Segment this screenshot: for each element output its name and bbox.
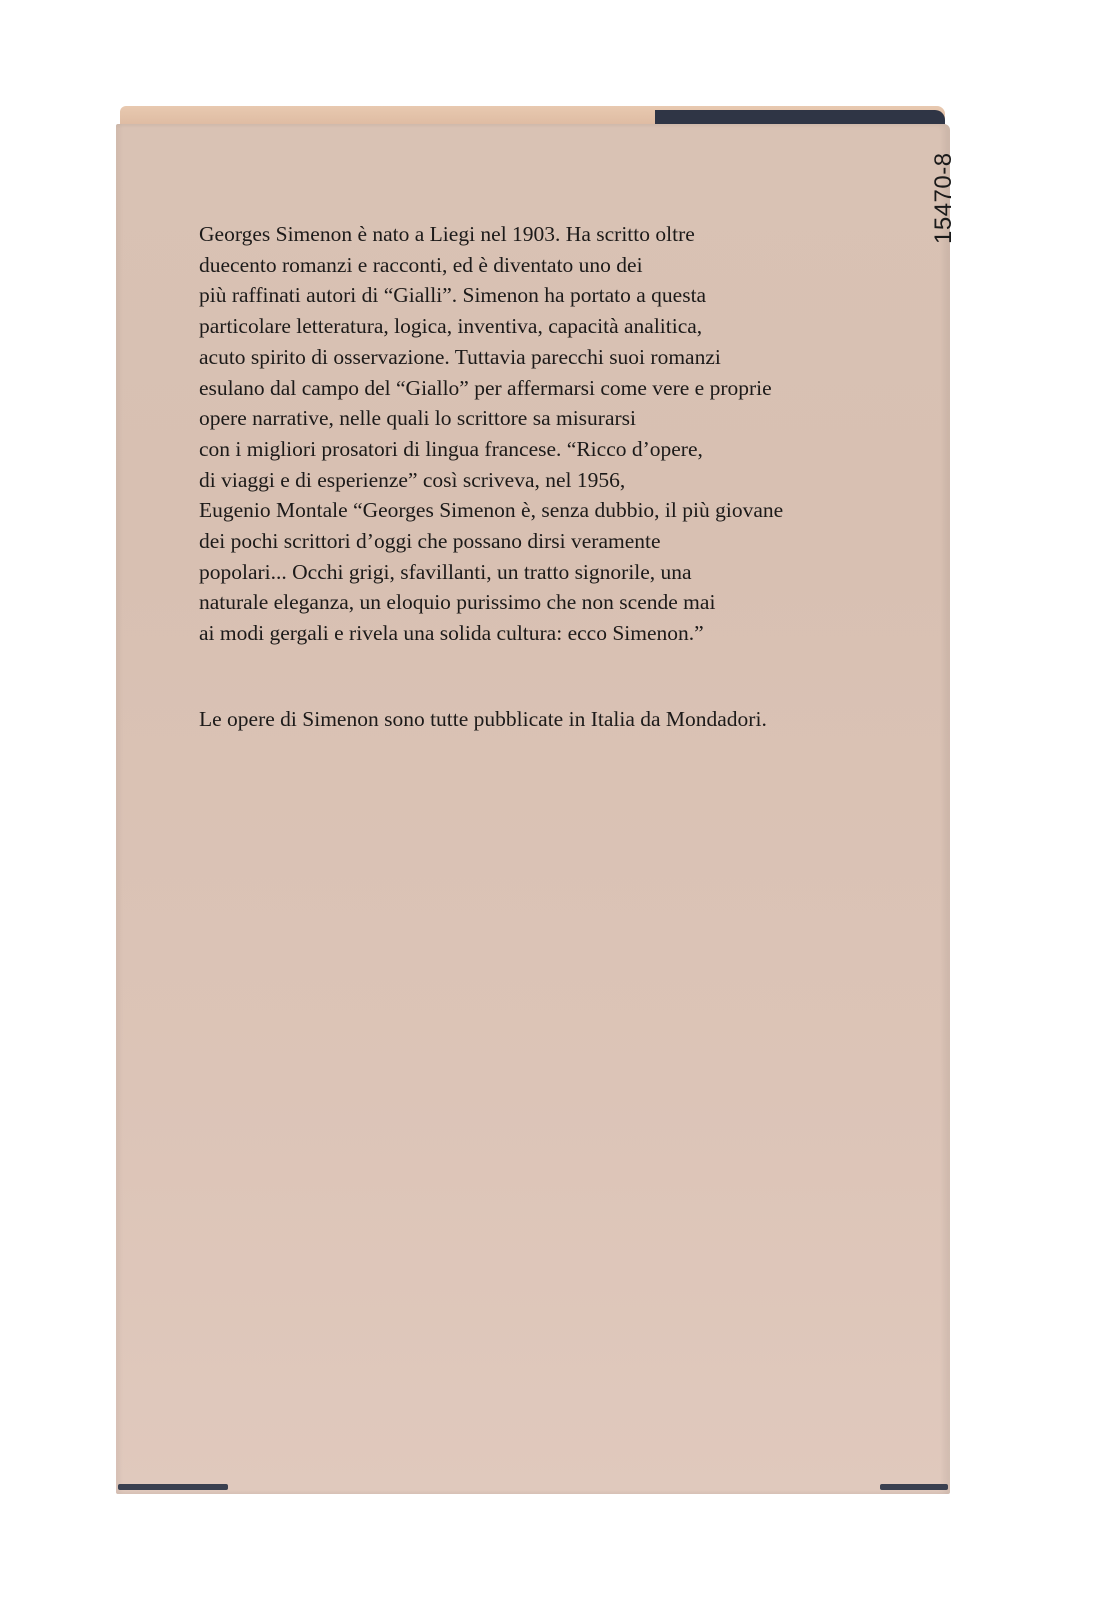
bio-line: naturale eleganza, un eloquio purissimo … — [199, 587, 899, 618]
bio-line: acuto spirito di osservazione. Tuttavia … — [199, 342, 899, 373]
bio-line: di viaggi e di esperienze” così scriveva… — [199, 465, 899, 496]
bio-line: Georges Simenon è nato a Liegi nel 1903.… — [199, 219, 899, 250]
bio-line: ai modi gergali e rivela una solida cult… — [199, 618, 899, 649]
bio-line: più raffinati autori di “Gialli”. Simeno… — [199, 280, 899, 311]
bio-line: opere narrative, nelle quali lo scrittor… — [199, 403, 899, 434]
author-biography: Georges Simenon è nato a Liegi nel 1903.… — [199, 219, 899, 649]
publisher-note: Le opere di Simenon sono tutte pubblicat… — [199, 704, 899, 734]
binding-bottom-left — [118, 1484, 228, 1490]
bio-line: particolare letteratura, logica, inventi… — [199, 311, 899, 342]
bio-line: Eugenio Montale “Georges Simenon è, senz… — [199, 495, 899, 526]
binding-bottom-right — [880, 1484, 948, 1490]
bio-line: esulano dal campo del “Giallo” per affer… — [199, 373, 899, 404]
bio-line: dei pochi scrittori d’oggi che possano d… — [199, 526, 899, 557]
catalog-code: 15470-8 — [930, 152, 958, 244]
bio-line: popolari... Occhi grigi, sfavillanti, un… — [199, 557, 899, 588]
book-back-cover: 15470-8 Georges Simenon è nato a Liegi n… — [0, 0, 1112, 1600]
bio-line: duecento romanzi e racconti, ed è divent… — [199, 250, 899, 281]
bio-line: con i migliori prosatori di lingua franc… — [199, 434, 899, 465]
